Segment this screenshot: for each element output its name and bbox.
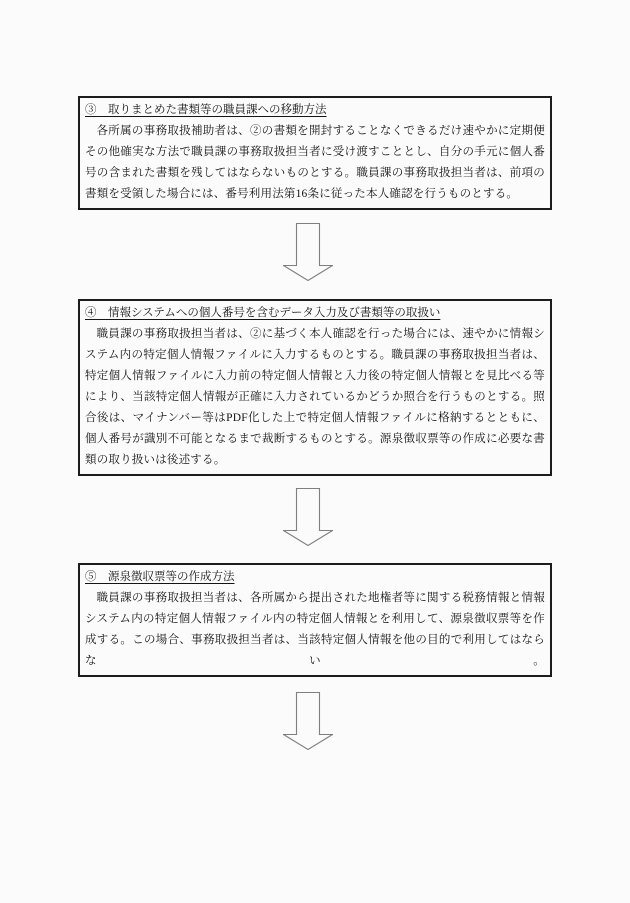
flow-box-step-5-body: 職員課の事務取扱担当者は、各所属から提出された地権者等に関する税務情報と情報シス… [85, 588, 545, 672]
flow-box-step-3-title: ③ 取りまとめた書類等の職員課への移動方法 [85, 100, 545, 121]
flow-box-step-4: ④ 情報システムへの個人番号を含むデータ入力及び書類等の取扱い 職員課の事務取扱… [78, 299, 552, 476]
document-page: ③ 取りまとめた書類等の職員課への移動方法 各所属の事務取扱補助者は、②の書類を… [0, 0, 630, 903]
down-arrow-icon [283, 488, 333, 546]
flow-box-step-4-title: ④ 情報システムへの個人番号を含むデータ入力及び書類等の取扱い [85, 303, 545, 324]
flow-box-step-3-body: 各所属の事務取扱補助者は、②の書類を開封することなくできるだけ速やかに定期便その… [85, 121, 545, 205]
flow-box-step-5: ⑤ 源泉徴収票等の作成方法 職員課の事務取扱担当者は、各所属から提出された地権者… [78, 563, 552, 677]
down-arrow-icon [283, 223, 333, 281]
down-arrow-icon [283, 692, 333, 750]
flow-box-step-4-body: 職員課の事務取扱担当者は、②に基づく本人確認を行った場合には、速やかに情報システ… [85, 324, 545, 471]
flow-box-step-5-title: ⑤ 源泉徴収票等の作成方法 [85, 567, 545, 588]
flow-box-step-3: ③ 取りまとめた書類等の職員課への移動方法 各所属の事務取扱補助者は、②の書類を… [78, 96, 552, 210]
